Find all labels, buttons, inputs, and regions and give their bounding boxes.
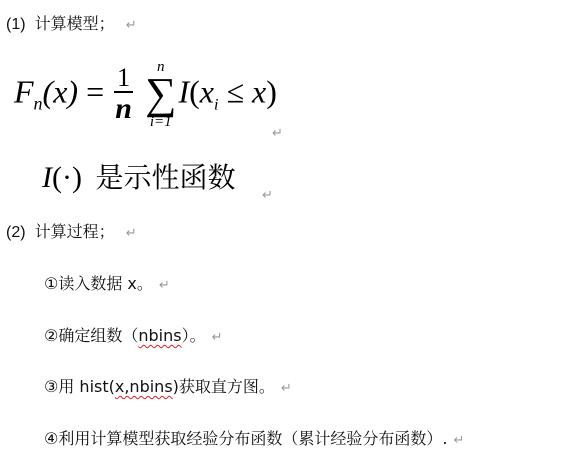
paragraph-mark-icon: ↵ bbox=[453, 433, 464, 448]
summation: n ∑ i=1 bbox=[145, 60, 176, 130]
step-text: 确定组数（ bbox=[58, 326, 138, 345]
formula-F-sub: n bbox=[34, 94, 43, 114]
indicator-symbol: I bbox=[42, 161, 52, 194]
step-text: 读入数据 x。 bbox=[58, 274, 153, 293]
paragraph-mark-icon: ↵ bbox=[126, 18, 137, 33]
indicator-description: 是示性函数 bbox=[95, 161, 235, 194]
section2-number: (2) bbox=[6, 224, 26, 241]
formula-x: x bbox=[252, 73, 266, 109]
step-marker: ① bbox=[44, 274, 58, 293]
paragraph-mark-icon: ↵ bbox=[281, 381, 292, 396]
formula-arg: (x) bbox=[43, 73, 79, 109]
section1-number: (1) bbox=[6, 16, 26, 33]
paragraph-mark-icon: ↵ bbox=[272, 126, 283, 141]
formula-F: F bbox=[14, 73, 34, 109]
step-2: ②确定组数（nbins）。↵ bbox=[44, 326, 223, 348]
paragraph-mark-icon: ↵ bbox=[159, 278, 170, 293]
paragraph-mark-icon: ↵ bbox=[212, 330, 223, 345]
section2-title: 计算过程； bbox=[35, 222, 115, 241]
spellcheck-word[interactable]: nbins bbox=[138, 326, 181, 345]
formula-indicator: I bbox=[178, 73, 189, 109]
step-3: ③用 hist(x,nbins)获取直方图。↵ bbox=[44, 377, 292, 399]
spellcheck-word[interactable]: x,nbins bbox=[115, 377, 173, 396]
step-marker: ③ bbox=[44, 377, 58, 396]
section1-heading: (1) 计算模型； ↵ bbox=[6, 14, 137, 36]
indicator-arg: (·) bbox=[52, 161, 82, 194]
ecdf-formula: Fn(x) = 1 n n ∑ i=1 I(xi ≤ x) bbox=[14, 60, 277, 130]
indicator-note: I(·) 是示性函数 bbox=[42, 160, 236, 196]
step-text-after: ）。 bbox=[182, 326, 206, 345]
step-text: 利用计算模型获取经验分布函数（累计经验分布函数）. bbox=[58, 429, 447, 448]
step-text: 用 hist( bbox=[58, 377, 115, 396]
formula-leq: ≤ bbox=[226, 73, 244, 109]
formula-xi-sub: i bbox=[214, 97, 218, 114]
step-marker: ④ bbox=[44, 429, 58, 448]
section1-title: 计算模型； bbox=[35, 14, 115, 33]
formula-equals: = bbox=[86, 73, 104, 109]
paragraph-mark-icon: ↵ bbox=[262, 188, 273, 203]
step-marker: ② bbox=[44, 326, 58, 345]
formula-close-paren: ) bbox=[266, 73, 277, 109]
step-4: ④利用计算模型获取经验分布函数（累计经验分布函数）.↵ bbox=[44, 429, 464, 451]
fraction-numerator: 1 bbox=[114, 65, 133, 93]
fraction-denominator: n bbox=[114, 93, 133, 125]
formula-open-paren: ( bbox=[189, 73, 200, 109]
section2-heading: (2) 计算过程； ↵ bbox=[6, 222, 137, 244]
step-1: ①读入数据 x。↵ bbox=[44, 274, 170, 296]
step-text-after: )获取直方图。 bbox=[173, 377, 275, 396]
formula-fraction: 1 n bbox=[114, 65, 133, 125]
sigma-icon: ∑ bbox=[145, 74, 176, 114]
formula-xi: x bbox=[200, 73, 214, 109]
paragraph-mark-icon: ↵ bbox=[126, 226, 137, 241]
